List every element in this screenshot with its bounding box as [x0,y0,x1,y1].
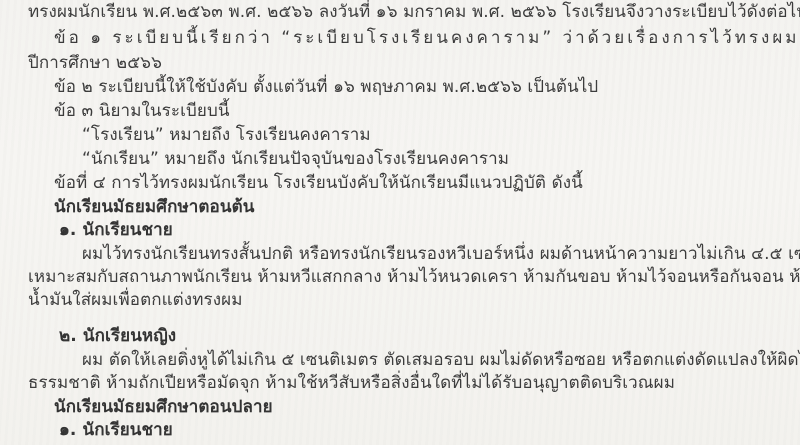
female-hair-rule-line-2: ธรรมชาติ ห้ามถักเปียหรือมัดจุก ห้ามใช้หว… [28,372,675,394]
heading-male-students-senior: ๑. นักเรียนชาย [59,419,173,441]
clause-4-line: ข้อที่ ๔ การไว้ทรงผมนักเรียน โรงเรียนบัง… [54,172,583,194]
female-hair-rule-line-1: ผม ตัดให้เลยติ่งหูได้ไม่เกิน ๕ เซนติเมตร… [82,349,800,371]
clause-1-line: ข้อ ๑ ระเบียบนี้เรียกว่า “ระเบียบโรงเรีย… [54,27,800,49]
clause-2-line: ข้อ ๒ ระเบียบนี้ให้ใช้บังคับ ตั้งแต่วันท… [54,76,598,98]
male-hair-rule-line-2: เหมาะสมกับสถานภาพนักเรียน ห้ามหวีแสกกลาง… [28,266,800,288]
male-hair-rule-line-1: ผมไว้ทรงนักเรียนทรงสั้นปกติ หรือทรงนักเร… [82,243,800,265]
definition-school-line: “โรงเรียน” หมายถึง โรงเรียนคงคาราม [82,124,371,146]
heading-female-students-junior: ๒. นักเรียนหญิง [59,325,176,347]
scanned-document: { "page": { "background_color": "#f5f4f1… [0,0,800,445]
male-hair-rule-line-3: น้ำมันใส่ผมเพื่อตกแต่งทรงผม [28,289,243,311]
clause-3-line: ข้อ ๓ นิยามในระเบียบนี้ [54,100,230,122]
preamble-continuation-line: ทรงผมนักเรียน พ.ศ.๒๕๖๓ พ.ศ. ๒๕๖๖ ลงวันที… [28,1,800,23]
heading-male-students-junior: ๑. นักเรียนชาย [59,219,173,241]
definition-student-line: “นักเรียน” หมายถึง นักเรียนปัจจุบันของโร… [82,148,509,170]
document-page: ทรงผมนักเรียน พ.ศ.๒๕๖๓ พ.ศ. ๒๕๖๖ ลงวันที… [0,0,800,445]
heading-junior-high: นักเรียนมัธยมศึกษาตอนต้น [54,196,254,218]
clause-1-continuation-line: ปีการศึกษา ๒๕๖๖ [28,52,162,74]
heading-senior-high: นักเรียนมัธยมศึกษาตอนปลาย [54,396,273,418]
